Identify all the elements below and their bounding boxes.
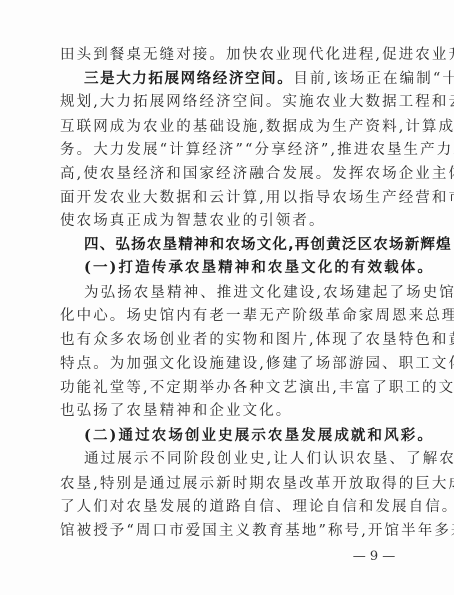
paragraph-line: 通过展示不同阶段创业史,让人们认识农垦、了解农垦、支持 [84,448,396,470]
subsection-heading: (二)通过农场创业史展示农垦发展成就和风彩。 [84,425,396,447]
paragraph-line: 了人们对农垦发展的道路自信、理论自信和发展自信。农场场史 [60,496,396,518]
paragraph-line: 规划,大力拓展网络经济空间。实施农业大数据工程和云计算,使 [60,91,396,113]
paragraph-line: 使农场真正成为智慧农业的引领者。 [60,210,396,232]
lead-bold-text: 三是大力拓展网络经济空间。 [84,71,293,87]
paragraph-lead-line: 三是大力拓展网络经济空间。目前,该场正在编制“十三五” [84,68,396,90]
paragraph-line: 田头到餐桌无缝对接。加快农业现代化进程,促进农业升级转型。 [60,44,396,66]
paragraph-line: 特点。为加强文化设施建设,修建了场部游园、职工文化中心、多 [60,353,396,375]
document-page: 田头到餐桌无缝对接。加快农业现代化进程,促进农业升级转型。 三是大力拓展网络经济… [0,0,454,595]
page-number: — 9 — [350,547,398,567]
paragraph-line: 化中心。场史馆内有老一辈无产阶级革命家周恩来总理的塑像, [60,305,396,327]
paragraph-line: 为弘扬农垦精神、推进文化建设,农场建起了场史馆和职工文 [84,282,396,304]
section-heading: 四、弘扬农垦精神和农场文化,再创黄泛区农场新辉煌 [84,234,396,256]
paragraph-line: 高,使农垦经济和国家经济融合发展。发挥农场企业主体作用,全 [60,163,396,185]
paragraph-line: 馆被授予“周口市爱国主义教育基地”称号,开馆半年多来已接待 [60,520,396,542]
paragraph-line: 农垦,特别是通过展示新时期农垦改革开放取得的巨大成就,增强 [60,473,396,495]
paragraph-line: 互联网成为农业的基础设施,数据成为生产资料,计算成为公共服 [60,116,396,138]
paragraph-line: 面开发农业大数据和云计算,用以指导农场生产经营和市场销售, [60,187,396,209]
paragraph-line: 务。大力发展“计算经济”“分享经济”,推进农垦生产力水平提 [60,139,396,161]
subsection-heading: (一)打造传承农垦精神和农垦文化的有效载体。 [84,257,396,279]
paragraph-line: 功能礼堂等,不定期举办各种文艺演出,丰富了职工的文化生活, [60,377,396,399]
paragraph-line: 也弘扬了农垦精神和企业文化。 [60,400,396,422]
lead-rest-text: 目前,该场正在编制“十三五” [293,71,454,87]
paragraph-line: 也有众多农场创业者的实物和图片,体现了农垦特色和黄泛区的 [60,329,396,351]
